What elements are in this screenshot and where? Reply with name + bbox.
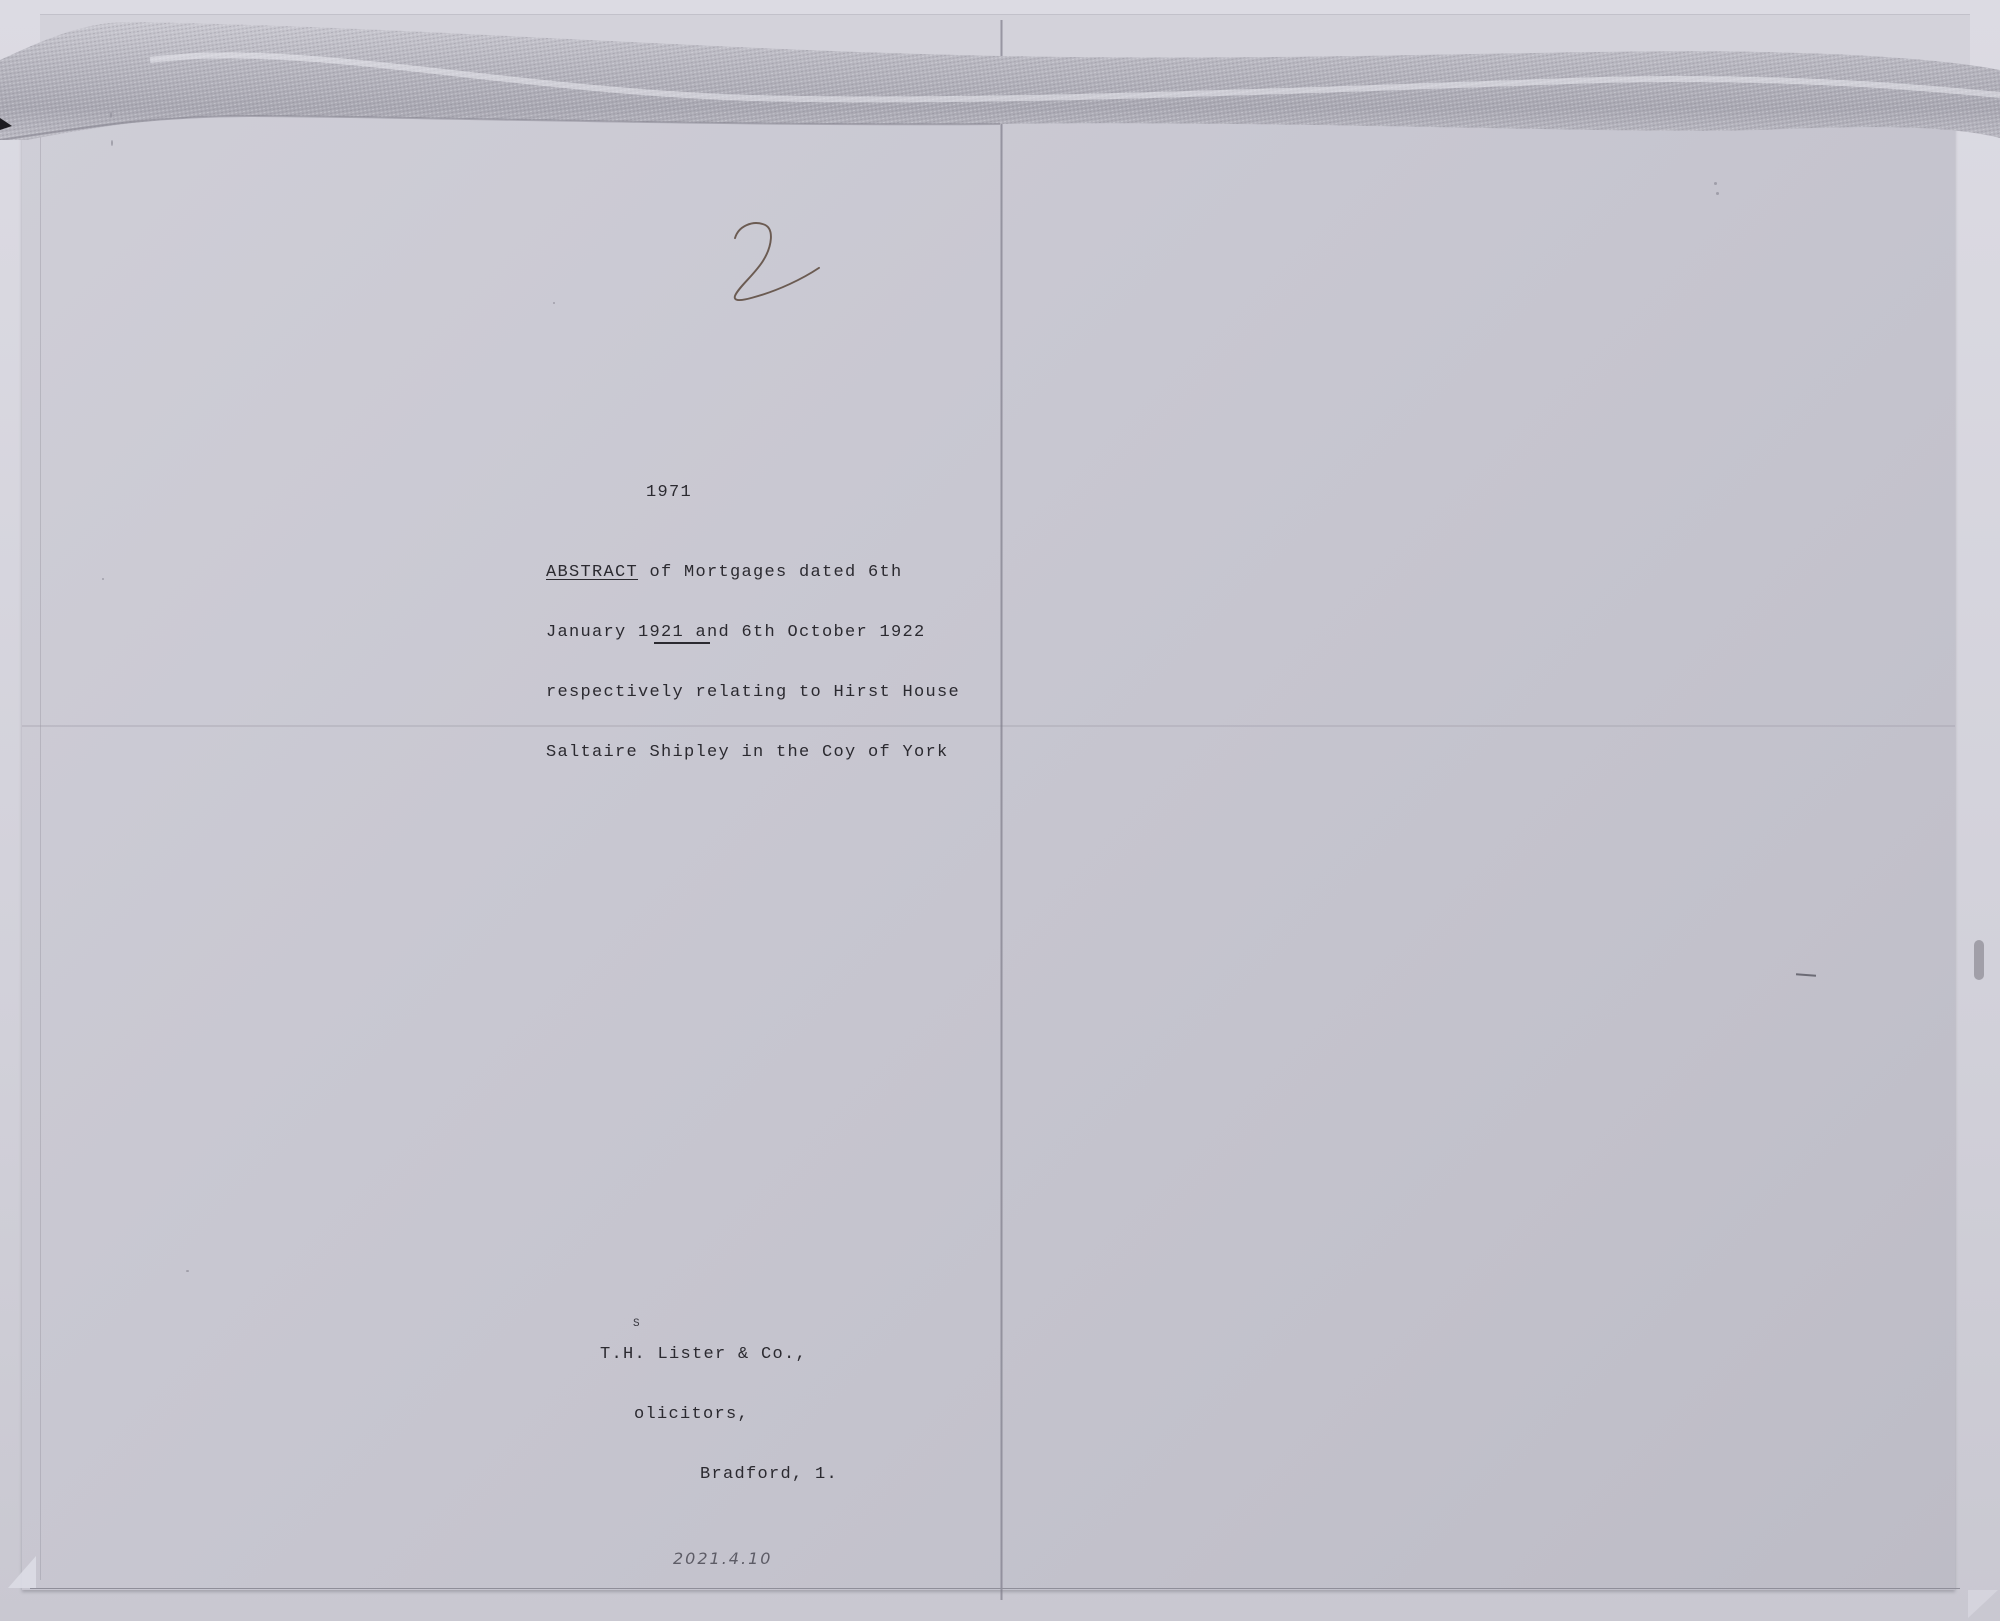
firm-name: T.H. Lister & Co.,	[600, 1345, 838, 1365]
abstract-line-3: respectively relating to Hirst House	[546, 683, 960, 703]
document-year: 1971	[646, 483, 692, 503]
ribbon-binding-icon	[0, 20, 2000, 140]
paper-speck	[111, 140, 113, 146]
paper-speck	[110, 112, 112, 118]
accession-number: 2021.4.10	[673, 1549, 772, 1568]
paper-speck	[553, 302, 555, 304]
horizontal-fold-crease	[22, 725, 1955, 727]
firm-location: Bradford, 1.	[600, 1465, 838, 1485]
abstract-line-1: ABSTRACT of Mortgages dated 6th	[546, 563, 960, 583]
abstract-line-4: Saltaire Shipley in the Coy of York	[546, 743, 960, 763]
paper-bottom-edge	[30, 1588, 1960, 1589]
paper-speck	[1714, 182, 1717, 185]
corner-curl-bottom-left	[8, 1556, 36, 1588]
abstract-line-2: January 1921 and 6th October 1922	[546, 623, 960, 643]
paper-speck	[1716, 192, 1719, 195]
abstract-description: ABSTRACT of Mortgages dated 6th January …	[546, 523, 960, 783]
paper-margin-line	[40, 100, 41, 1580]
handwritten-page-number-icon	[700, 200, 840, 320]
edge-smudge	[1974, 940, 1984, 980]
paper-speck	[102, 578, 104, 580]
typed-rule-divider	[654, 642, 710, 644]
paper-speck	[186, 1270, 189, 1272]
raised-initial-s: S	[633, 1318, 640, 1330]
abstract-heading: ABSTRACT	[546, 563, 638, 582]
firm-role: olicitors,	[600, 1405, 838, 1425]
vertical-fold-crease	[1000, 20, 1003, 1600]
corner-curl-bottom-right	[1968, 1590, 1998, 1618]
solicitors-signature-block: T.H. Lister & Co., olicitors, Bradford, …	[600, 1305, 838, 1505]
document-paper	[22, 100, 1955, 1590]
